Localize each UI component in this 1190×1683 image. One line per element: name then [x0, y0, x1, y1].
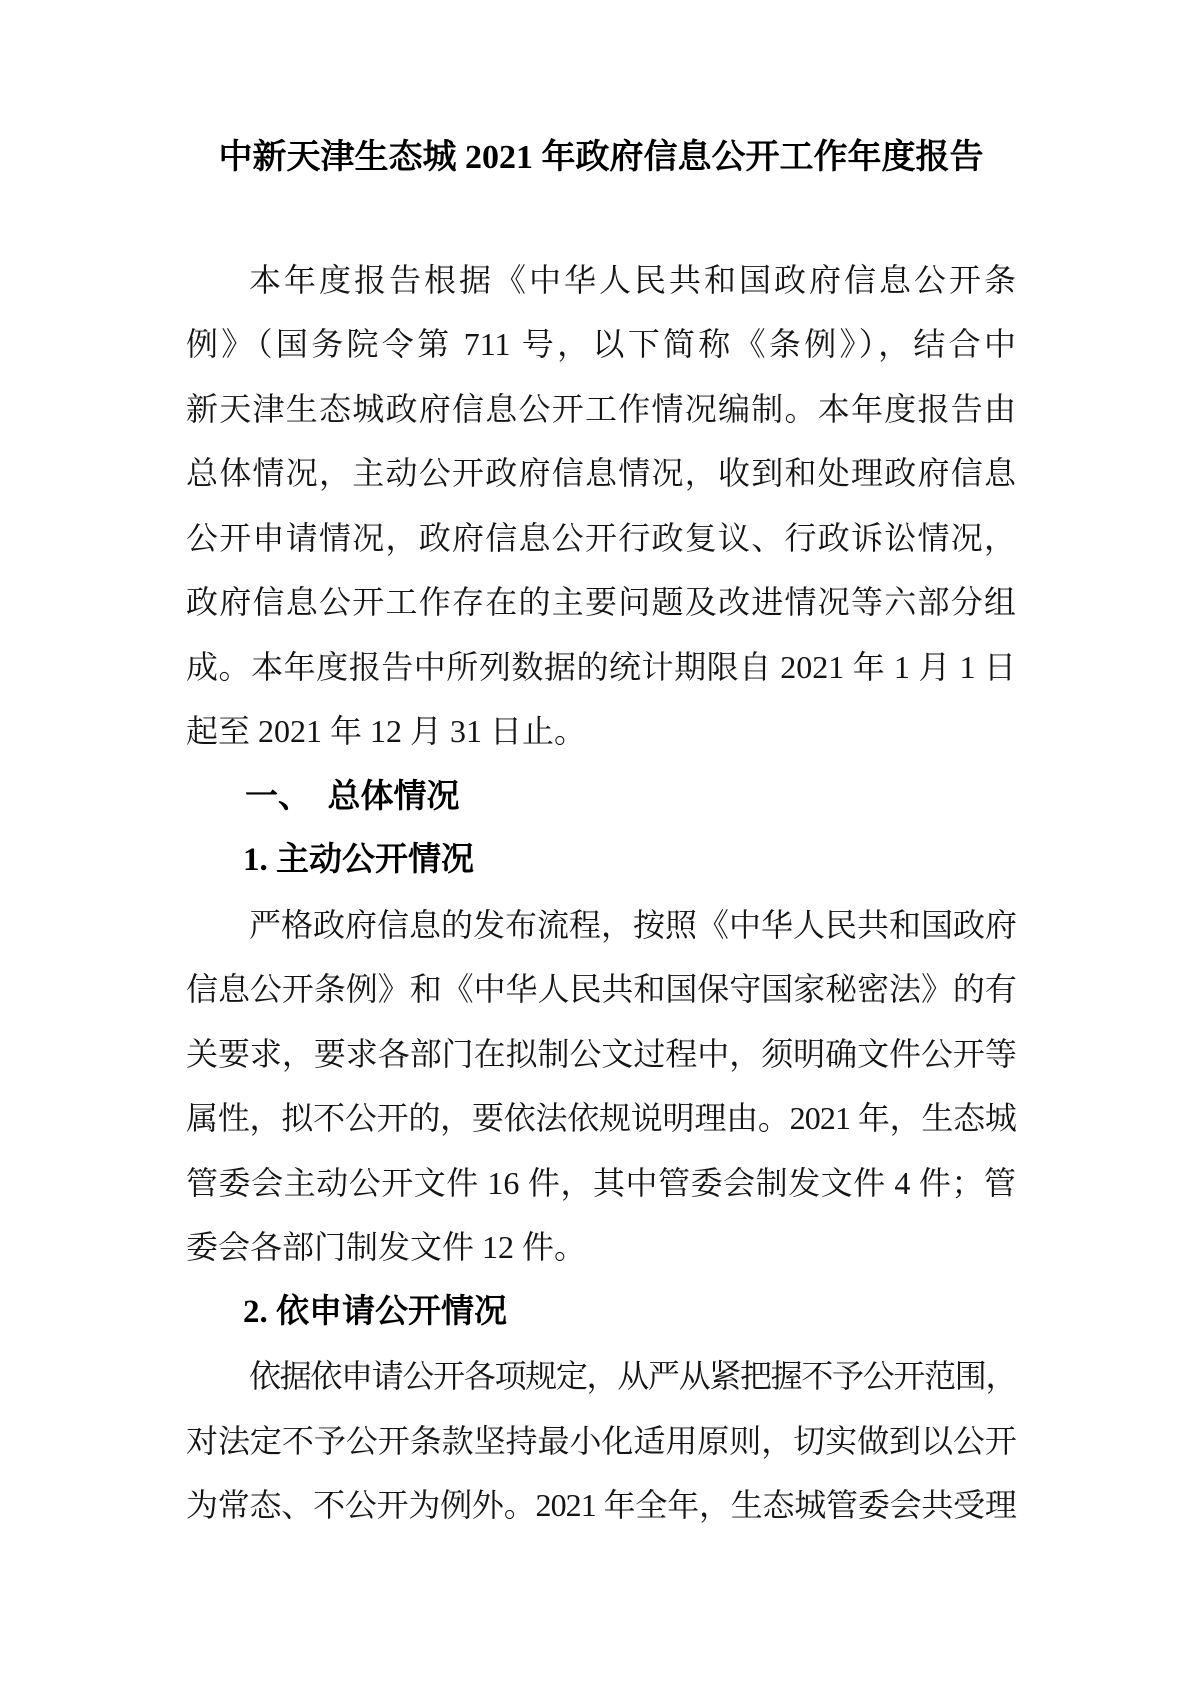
text-line: 例》（国务院令第 711 号，以下简称《条例》），结合中: [186, 312, 1016, 377]
subsection-heading-request: 2. 依申请公开情况: [186, 1280, 1016, 1345]
subsection-heading-proactive: 1. 主动公开情况: [186, 828, 1016, 893]
text-line: 管委会主动公开文件 16 件，其中管委会制发文件 4 件；管: [186, 1151, 1016, 1216]
text-line: 委会各部门制发文件 12 件。: [186, 1215, 1016, 1280]
text-line: 为常态、不公开为例外。2021 年全年，生态城管委会共受理: [186, 1473, 1016, 1538]
document-title: 中新天津生态城 2021 年政府信息公开工作年度报告: [186, 126, 1016, 191]
request-paragraph: 依据依申请公开各项规定，从严从紧把握不予公开范围，对法定不予公开条款坚持最小化适…: [186, 1344, 1016, 1538]
text-line: 起至 2021 年 12 月 31 日止。: [186, 699, 1016, 764]
text-line: 对法定不予公开条款坚持最小化适用原则，切实做到以公开: [186, 1409, 1016, 1474]
text-line: 属性，拟不公开的，要依法依规说明理由。2021 年，生态城: [186, 1086, 1016, 1151]
document-page: 中新天津生态城 2021 年政府信息公开工作年度报告 本年度报告根据《中华人民共…: [0, 0, 1190, 1683]
text-line: 严格政府信息的发布流程，按照《中华人民共和国政府: [186, 893, 1016, 958]
text-line: 成。本年度报告中所列数据的统计期限自 2021 年 1 月 1 日: [186, 635, 1016, 700]
intro-paragraph: 本年度报告根据《中华人民共和国政府信息公开条例》（国务院令第 711 号，以下简…: [186, 248, 1016, 764]
text-line: 新天津生态城政府信息公开工作情况编制。本年度报告由: [186, 377, 1016, 442]
text-line: 本年度报告根据《中华人民共和国政府信息公开条: [186, 248, 1016, 313]
text-line: 政府信息公开工作存在的主要问题及改进情况等六部分组: [186, 570, 1016, 635]
text-line: 关要求，要求各部门在拟制公文过程中，须明确文件公开等: [186, 1022, 1016, 1087]
section-heading-overall: 一、 总体情况: [186, 764, 1016, 829]
text-line: 信息公开条例》和《中华人民共和国保守国家秘密法》的有: [186, 957, 1016, 1022]
text-line: 总体情况，主动公开政府信息情况，收到和处理政府信息: [186, 441, 1016, 506]
document-body: 本年度报告根据《中华人民共和国政府信息公开条例》（国务院令第 711 号，以下简…: [186, 248, 1016, 1538]
proactive-paragraph: 严格政府信息的发布流程，按照《中华人民共和国政府信息公开条例》和《中华人民共和国…: [186, 893, 1016, 1280]
text-line: 依据依申请公开各项规定，从严从紧把握不予公开范围，: [186, 1344, 1016, 1409]
text-line: 公开申请情况，政府信息公开行政复议、行政诉讼情况，: [186, 506, 1016, 571]
